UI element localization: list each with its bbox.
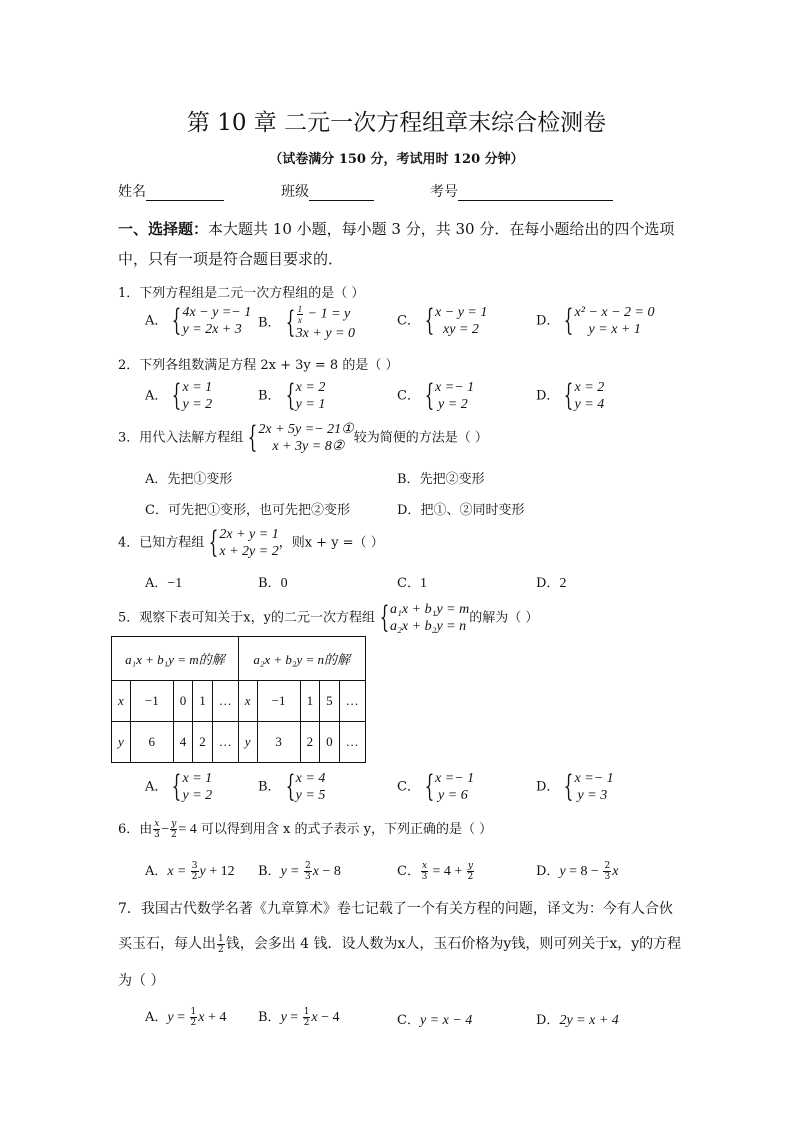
question-6-option-b[interactable]: B．y = 23x − 8	[258, 860, 341, 882]
question-1-option-d[interactable]: D．{x² − x − 2 = 0y = x + 1	[536, 304, 655, 338]
question-7-stem-line-3: 为（ ）	[118, 970, 164, 990]
question-5-option-d[interactable]: D．{x =− 1y = 3	[536, 770, 614, 804]
question-2-option-c[interactable]: C．{x =− 1y = 2	[397, 379, 474, 413]
question-3-option-c[interactable]: C．可先把①变形，也可先把②变形	[145, 499, 350, 518]
question-7-option-b[interactable]: B．y = 12x − 4	[258, 1006, 340, 1028]
question-3-option-b[interactable]: B．先把②变形	[397, 468, 485, 487]
question-3-option-a[interactable]: A．先把①变形	[145, 468, 232, 487]
question-4-option-c[interactable]: C．1	[397, 572, 427, 592]
question-4-option-a[interactable]: A．−1	[145, 572, 182, 592]
question-7-option-a[interactable]: A．y = 12x + 4	[145, 1006, 226, 1028]
question-7-stem-line-1: 7．我国古代数学名著《九章算术》卷七记载了一个有关方程的问题，译文为：今有人合伙	[118, 898, 673, 918]
solution-table: a₁x + b₁y = m的解 a₂x + b₂y = n的解 x−101… x…	[111, 636, 366, 763]
question-6-option-c[interactable]: C．x3 = 4 + y2	[397, 860, 475, 882]
name-field[interactable]: 姓名	[118, 181, 224, 201]
exam-number-field[interactable]: 考号	[430, 181, 613, 201]
question-5-stem: 5．观察下表可知关于x，y的二元一次方程组{a₁x + b₁y = ma₂x +…	[118, 601, 538, 635]
question-5-option-a[interactable]: A．{x = 1y = 2	[145, 770, 212, 804]
page-title: 第 10 章 二元一次方程组章末综合检测卷	[0, 104, 793, 137]
exam-subtitle: （试卷满分 150 分，考试用时 120 分钟）	[0, 148, 793, 167]
exam-number-label: 考号	[430, 184, 458, 200]
question-6-option-d[interactable]: D．y = 8 − 23x	[536, 860, 618, 882]
question-5-option-c[interactable]: C．{x =− 1y = 6	[397, 770, 474, 804]
question-7-stem-line-2: 买玉石，每人出12钱，会多出 4 钱．设人数为x人，玉石价格为y钱，则可列关于x…	[118, 933, 681, 955]
question-5-option-b[interactable]: B．{x = 4y = 5	[258, 770, 325, 804]
question-1-option-a[interactable]: A．{4x − y =− 1y = 2x + 3	[145, 304, 251, 338]
name-label: 姓名	[118, 184, 146, 200]
question-4-option-d[interactable]: D．2	[536, 572, 566, 592]
question-1-stem: 1．下列方程组是二元一次方程组的是（ ）	[118, 282, 364, 301]
class-field[interactable]: 班级	[281, 181, 374, 201]
question-7-option-c[interactable]: C．y = x − 4	[397, 1009, 472, 1029]
question-4-stem: 4．已知方程组{2x + y = 1x + 2y = 2，则x + y =（ ）	[118, 526, 384, 560]
table-row: x−101… x−115…	[112, 681, 366, 722]
question-2-stem: 2．下列各组数满足方程 2x + 3y = 8 的是（ ）	[118, 354, 398, 373]
question-7-option-d[interactable]: D．2y = x + 4	[536, 1009, 619, 1029]
question-2-option-a[interactable]: A．{x = 1y = 2	[145, 379, 212, 413]
table-header: a₂x + b₂y = n的解	[238, 637, 365, 681]
question-1-option-c[interactable]: C．{x − y = 1xy = 2	[397, 304, 487, 338]
question-3-option-d[interactable]: D．把①、②同时变形	[397, 499, 524, 518]
section-instructions: 一、选择题：本大题共 10 小题，每小题 3 分，共 30 分．在每小题给出的四…	[118, 214, 688, 274]
question-3-stem: 3．用代入法解方程组{2x + 5y =− 21①x + 3y = 8②较为简便…	[118, 421, 488, 455]
table-row: y642… y320…	[112, 722, 366, 763]
class-label: 班级	[281, 184, 309, 200]
question-4-option-b[interactable]: B．0	[258, 572, 288, 592]
question-6-option-a[interactable]: A．x = 32y + 12	[145, 860, 235, 882]
question-6-stem: 6．由x3−y2= 4 可以得到用含 x 的式子表示 y，下列正确的是（ ）	[118, 818, 492, 840]
section-heading: 一、选择题：	[118, 220, 208, 238]
question-2-option-d[interactable]: D．{x = 2y = 4	[536, 379, 604, 413]
question-2-option-b[interactable]: B．{x = 2y = 1	[258, 379, 325, 413]
table-header: a₁x + b₁y = m的解	[112, 637, 239, 681]
question-1-option-b[interactable]: B．{1x − 1 = y3x + y = 0	[258, 304, 355, 342]
